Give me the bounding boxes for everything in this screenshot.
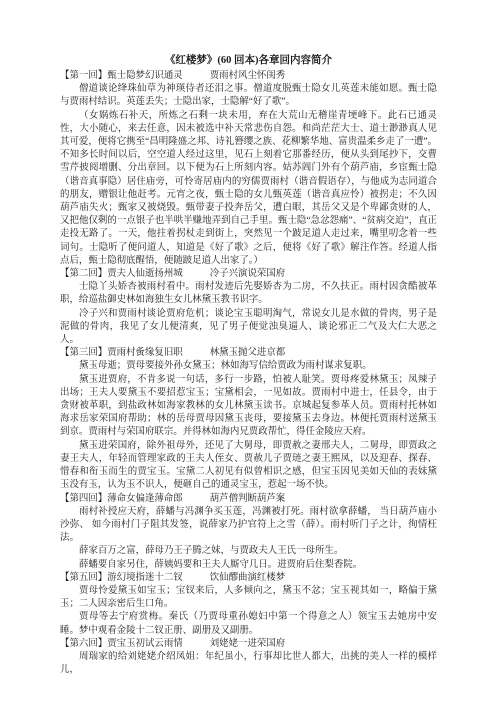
chapter-title-right: 饮仙醪曲演红楼梦 xyxy=(210,573,286,583)
chapter-heading: 【第三回】贾雨村夤缘复旧职林黛玉抛父进京都 xyxy=(60,347,437,360)
chapter-title-right: 林黛玉抛父进京都 xyxy=(210,348,286,358)
paragraph: 薛家百万之富，薛母乃王子腾之妹，与贾政夫人王氏一母所生。 xyxy=(60,545,437,558)
paragraph: 僧道谈论绛珠仙草为神瑛侍者还泪之事。僧道度脱甄士隐女儿英莲未能如愿。甄士隐与贾雨… xyxy=(60,83,437,109)
document-title: 《红楼梦》(60 回本)各章回内容简介 xyxy=(60,54,437,68)
paragraph: 士隐丫头娇杏被雨村看中。雨村发迹后先娶娇杏为二房，不久扶正。雨村因贪酷被革职，给… xyxy=(60,281,437,307)
chapter-heading: 【第一回】甄士隐梦幻识通灵贾雨村风尘怀闺秀 xyxy=(60,70,437,83)
paragraph: 贾母怜爱黛玉如宝玉；宝钗来后，人多倾向之，黛玉不忿；宝玉视其如一，略偏于黛玉；二… xyxy=(60,585,437,611)
chapter-title-left: 甄士隐梦幻识通灵 xyxy=(107,71,183,81)
chapter-title-right: 葫芦僧判断葫芦案 xyxy=(210,494,286,504)
chapter-title-left: 游幻境指迷十二钗 xyxy=(107,573,183,583)
chapter-heading: 【第五回】游幻境指迷十二钗饮仙醪曲演红楼梦 xyxy=(60,572,437,585)
document-page: 《红楼梦》(60 回本)各章回内容简介 【第一回】甄士隐梦幻识通灵贾雨村风尘怀闺… xyxy=(0,0,496,702)
chapter-title-left: 贾雨村夤缘复旧职 xyxy=(107,348,183,358)
chapter-title-left: 贾宝玉初试云雨情 xyxy=(107,639,183,649)
chapter-label: 【第三回】 xyxy=(60,348,107,358)
paragraph: 雨村补授应天府，薛蟠与冯渊争买玉莲，冯渊被打死。雨村欲拿薛蟠， 当日葫芦庙小沙弥… xyxy=(60,506,437,546)
chapter-heading: 【第二回】贾夫人仙逝扬州城冷子兴演说荣国府 xyxy=(60,268,437,281)
chapter-label: 【第四回】 xyxy=(60,494,107,504)
chapter-label: 【第二回】 xyxy=(60,269,107,279)
paragraph: 贾母等去宁府赏梅。秦氏（乃贾母重孙媳妇中第一个得意之人）领宝玉去她房中安睡。梦中… xyxy=(60,611,437,637)
chapter-title-left: 薄命女偏逢薄命郎 xyxy=(107,494,183,504)
chapter-title-right: 冷子兴演说荣国府 xyxy=(210,269,286,279)
chapter-heading: 【第四回】薄命女偏逢薄命郎葫芦僧判断葫芦案 xyxy=(60,493,437,506)
chapter-title-right: 刘姥姥一进荣国府 xyxy=(210,639,286,649)
paragraph: 黛玉母逝；贾母要接外孙女黛玉；林如海写信给贾政为雨村谋求复职。 xyxy=(60,360,437,373)
paragraph: 黛玉进荣国府，除外祖母外，还见了大舅母，即贾赦之妻邢夫人，二舅母，即贾政之妻王夫… xyxy=(60,440,437,493)
chapter-title-right: 贾雨村风尘怀闺秀 xyxy=(210,71,286,81)
chapter-label: 【第五回】 xyxy=(60,573,107,583)
chapter-label: 【第六回】 xyxy=(60,639,107,649)
chapter-title-left: 贾夫人仙逝扬州城 xyxy=(107,269,183,279)
paragraph: 冷子兴和贾雨村谈论贾府危机；谈论宝玉聪明淘气，常说女儿是水做的骨肉，男子是泥做的… xyxy=(60,308,437,348)
paragraph: 周瑞家的给刘姥姥介绍凤姐：年纪虽小，行事却比世人都大，出挑的美人一样的模样儿， xyxy=(60,651,437,677)
paragraph: 黛玉进贾府，不肯多说一句话，多行一步路，怕被人耻笑。贾母疼爱林黛玉；凤辣子出场；… xyxy=(60,374,437,440)
chapter-label: 【第一回】 xyxy=(60,71,107,81)
chapter-heading: 【第六回】贾宝玉初试云雨情刘姥姥一进荣国府 xyxy=(60,638,437,651)
document-body: 【第一回】甄士隐梦幻识通灵贾雨村风尘怀闺秀僧道谈论绛珠仙草为神瑛侍者还泪之事。僧… xyxy=(60,70,437,677)
paragraph: （女娲炼石补天，所炼之石剩一块未用，弃在大荒山无稽崖青埂峰下。此石已通灵性，大小… xyxy=(60,110,437,268)
paragraph: 薛蟠要自家另住，薛姨妈要和王夫人厮守几日。进贾府后住梨香院。 xyxy=(60,559,437,572)
